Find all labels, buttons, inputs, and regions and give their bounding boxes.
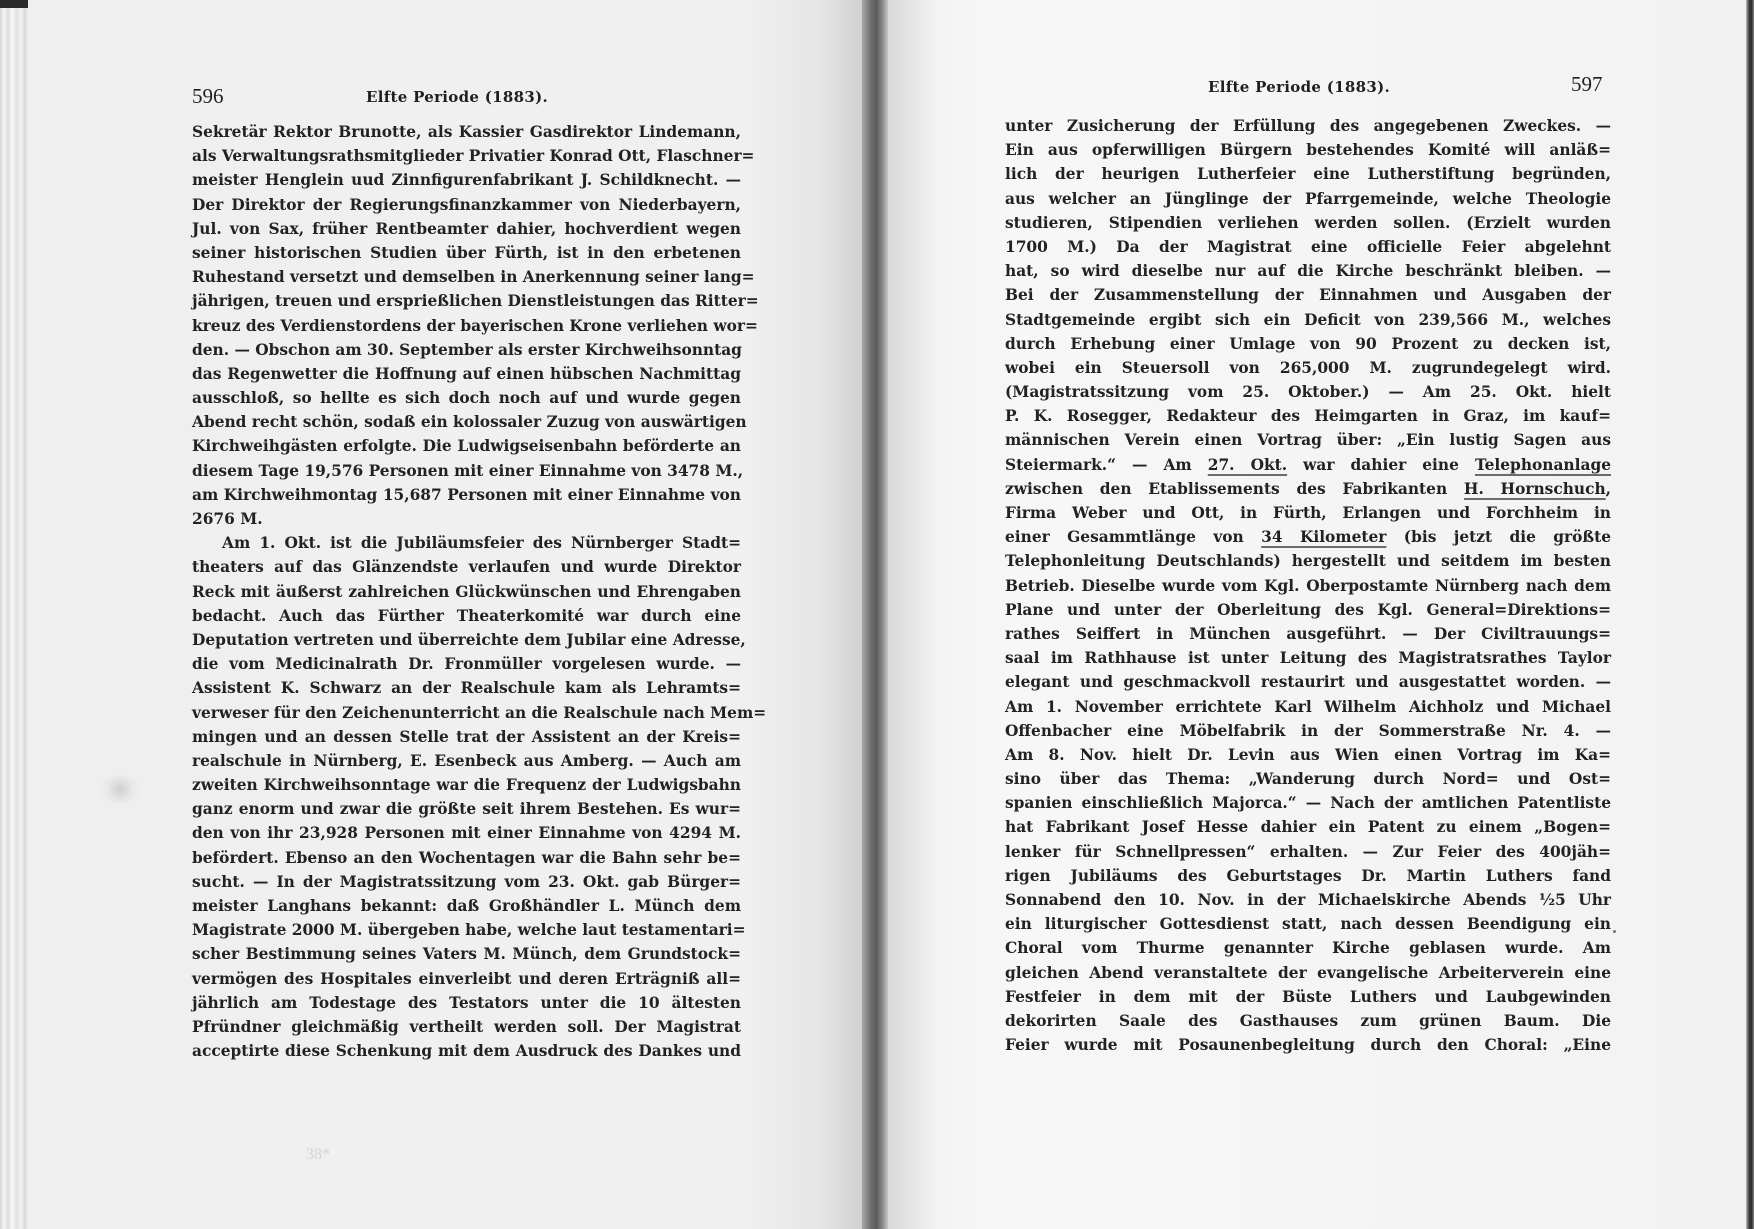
text-line: gleichen Abend veranstaltete der evangel… bbox=[1005, 961, 1611, 985]
text-line: 2676 M. bbox=[192, 507, 741, 531]
text-line: den von ihr 23,928 Personen mit einer Ei… bbox=[192, 821, 741, 845]
text-line: wobei ein Steuersoll von 265,000 M. zugr… bbox=[1005, 356, 1611, 380]
text-line: Der Direktor der Regierungsfinanzkammer … bbox=[192, 193, 741, 217]
text-line: Ruhestand versetzt und demselben in Aner… bbox=[192, 265, 741, 289]
margin-smudge bbox=[100, 775, 140, 803]
text-line: Bei der Zusammenstellung der Einnahmen u… bbox=[1005, 283, 1611, 307]
text-line: einer Gesammtlänge von 34 Kilometer (bis… bbox=[1005, 525, 1611, 549]
book-gutter bbox=[862, 0, 888, 1229]
running-title-right: Elfte Periode (1883). bbox=[1208, 78, 1390, 96]
text-line: befördert. Ebenso an den Wochentagen war… bbox=[192, 846, 741, 870]
text-line: Choral vom Thurme genannter Kirche gebla… bbox=[1005, 936, 1611, 960]
text-line: studieren, Stipendien verliehen werden s… bbox=[1005, 211, 1611, 235]
text-line: als Verwaltungsrathsmitglieder Privatier… bbox=[192, 144, 741, 168]
text-line: Betrieb. Dieselbe wurde vom Kgl. Oberpos… bbox=[1005, 574, 1611, 598]
text-line: jährlich am Todestage des Testators unte… bbox=[192, 991, 741, 1015]
scan-corner-shadow bbox=[0, 0, 28, 8]
text-line: Magistrate 2000 M. übergeben habe, welch… bbox=[192, 918, 741, 942]
pencil-underline: H. Hornschuch bbox=[1464, 480, 1606, 498]
text-line: saal im Rathhause ist unter Leitung des … bbox=[1005, 646, 1611, 670]
text-line: meister Henglein uud Zinnfigurenfabrikan… bbox=[192, 168, 741, 192]
text-line: durch Erhebung einer Umlage von 90 Proze… bbox=[1005, 332, 1611, 356]
text-line: rathes Seiffert in München ausgeführt. —… bbox=[1005, 622, 1611, 646]
text-line: lenker für Schnellpressen“ erhalten. — Z… bbox=[1005, 840, 1611, 864]
book-spread: 596 Elfte Periode (1883). Elfte Periode … bbox=[0, 0, 1754, 1229]
text-line: spanien einschließlich Majorca.“ — Nach … bbox=[1005, 791, 1611, 815]
text-line: lich der heurigen Lutherfeier eine Luthe… bbox=[1005, 162, 1611, 186]
text-line: Feier wurde mit Posaunenbegleitung durch… bbox=[1005, 1033, 1611, 1057]
text-line: mingen und an dessen Stelle trat der Ass… bbox=[192, 725, 741, 749]
text-line: hat, so wird dieselbe nur auf die Kirche… bbox=[1005, 259, 1611, 283]
text-line: Plane und unter der Oberleitung des Kgl.… bbox=[1005, 598, 1611, 622]
text-line: Stadtgemeinde ergibt sich ein Deficit vo… bbox=[1005, 308, 1611, 332]
text-line: zwischen den Etablissements des Fabrikan… bbox=[1005, 477, 1611, 501]
book-edge-left bbox=[0, 0, 28, 1229]
text-line: sino über das Thema: „Wanderung durch No… bbox=[1005, 767, 1611, 791]
text-line: unter Zusicherung der Erfüllung des ange… bbox=[1005, 114, 1611, 138]
text-line: Abend recht schön, sodaß ein kolossaler … bbox=[192, 410, 741, 434]
text-line: aus welcher an Jünglinge der Pfarrgemein… bbox=[1005, 187, 1611, 211]
text-line: hat Fabrikant Josef Hesse dahier ein Pat… bbox=[1005, 815, 1611, 839]
text-line: seiner historischen Studien über Fürth, … bbox=[192, 241, 741, 265]
text-line: das Regenwetter die Hoffnung auf einen h… bbox=[192, 362, 741, 386]
text-line: meister Langhans bekannt: daß Großhändle… bbox=[192, 894, 741, 918]
text-line: Assistent K. Schwarz an der Realschule k… bbox=[192, 676, 741, 700]
text-line: kreuz des Verdienstordens der bayerische… bbox=[192, 314, 741, 338]
text-line: P. K. Rosegger, Redakteur des Heimgarten… bbox=[1005, 404, 1611, 428]
text-line: realschule in Nürnberg, E. Esenbeck aus … bbox=[192, 749, 741, 773]
text-line: männischen Verein einen Vortrag über: „E… bbox=[1005, 428, 1611, 452]
text-line: Am 1. November errichtete Karl Wilhelm A… bbox=[1005, 695, 1611, 719]
right-page-body: unter Zusicherung der Erfüllung des ange… bbox=[1005, 114, 1611, 1057]
text-line: sucht. — In der Magistratssitzung vom 23… bbox=[192, 870, 741, 894]
text-line: theaters auf das Glänzendste verlaufen u… bbox=[192, 555, 741, 579]
text-line: scher Bestimmung seines Vaters M. Münch,… bbox=[192, 942, 741, 966]
book-edge-right bbox=[1746, 0, 1754, 1229]
pencil-underline: Telephonanlage bbox=[1475, 456, 1611, 474]
text-line: am Kirchweihmontag 15,687 Personen mit e… bbox=[192, 483, 741, 507]
text-line: vermögen des Hospitales einverleibt und … bbox=[192, 967, 741, 991]
text-line: Steiermark.“ — Am 27. Okt. war dahier ei… bbox=[1005, 453, 1611, 477]
text-line: Reck mit äußerst zahlreichen Glückwünsch… bbox=[192, 580, 741, 604]
text-line: verweser für den Zeichenunterricht an di… bbox=[192, 701, 741, 725]
text-line: Ein aus opferwilligen Bürgern bestehende… bbox=[1005, 138, 1611, 162]
text-line: Sekretär Rektor Brunotte, als Kassier Ga… bbox=[192, 120, 741, 144]
text-line: bedacht. Auch das Fürther Theaterkomité … bbox=[192, 604, 741, 628]
text-line: den. — Obschon am 30. September als erst… bbox=[192, 338, 741, 362]
running-title-left: Elfte Periode (1883). bbox=[366, 88, 548, 106]
page-number-left: 596 bbox=[192, 84, 224, 109]
text-line: ganz enorm und zwar die größte seit ihre… bbox=[192, 797, 741, 821]
text-line: Firma Weber und Ott, in Fürth, Erlangen … bbox=[1005, 501, 1611, 525]
text-line: acceptirte diese Schenkung mit dem Ausdr… bbox=[192, 1039, 741, 1063]
text-line: diesem Tage 19,576 Personen mit einer Ei… bbox=[192, 459, 741, 483]
text-line: (Magistratssitzung vom 25. Oktober.) — A… bbox=[1005, 380, 1611, 404]
text-line: ein liturgischer Gottesdienst statt, nac… bbox=[1005, 912, 1611, 936]
text-line: zweiten Kirchweihsonntage war die Freque… bbox=[192, 773, 741, 797]
text-line: Am 8. Nov. hielt Dr. Levin aus Wien eine… bbox=[1005, 743, 1611, 767]
text-line: die vom Medicinalrath Dr. Fronmüller vor… bbox=[192, 652, 741, 676]
text-line: Jul. von Sax, früher Rentbeamter dahier,… bbox=[192, 217, 741, 241]
text-line: Festfeier in dem mit der Büste Luthers u… bbox=[1005, 985, 1611, 1009]
text-line: Deputation vertreten und überreichte dem… bbox=[192, 628, 741, 652]
left-page-body: Sekretär Rektor Brunotte, als Kassier Ga… bbox=[192, 120, 741, 1063]
pencil-underline: 27. Okt. bbox=[1208, 456, 1287, 474]
pencil-underline: 34 Kilometer bbox=[1261, 528, 1386, 546]
signature-mark-bleedthrough: 38* bbox=[306, 1146, 330, 1164]
text-line: ausschloß, so hellte es sich doch noch a… bbox=[192, 386, 741, 410]
text-line: Sonnabend den 10. Nov. in der Michaelski… bbox=[1005, 888, 1611, 912]
text-line: Am 1. Okt. ist die Jubiläumsfeier des Nü… bbox=[192, 531, 741, 555]
pencil-dot bbox=[1613, 930, 1616, 933]
text-line: Offenbacher eine Möbelfabrik in der Somm… bbox=[1005, 719, 1611, 743]
page-number-right: 597 bbox=[1571, 72, 1603, 97]
text-line: dekorirten Saale des Gasthauses zum grün… bbox=[1005, 1009, 1611, 1033]
text-line: Kirchweihgästen erfolgte. Die Ludwigseis… bbox=[192, 434, 741, 458]
text-line: jährigen, treuen und ersprießlichen Dien… bbox=[192, 289, 741, 313]
text-line: rigen Jubiläums des Geburtstages Dr. Mar… bbox=[1005, 864, 1611, 888]
text-line: elegant und geschmackvoll restaurirt und… bbox=[1005, 670, 1611, 694]
text-line: Telephonleitung Deutschlands) hergestell… bbox=[1005, 549, 1611, 573]
text-line: Pfründner gleichmäßig vertheilt werden s… bbox=[192, 1015, 741, 1039]
text-line: 1700 M.) Da der Magistrat eine officiell… bbox=[1005, 235, 1611, 259]
